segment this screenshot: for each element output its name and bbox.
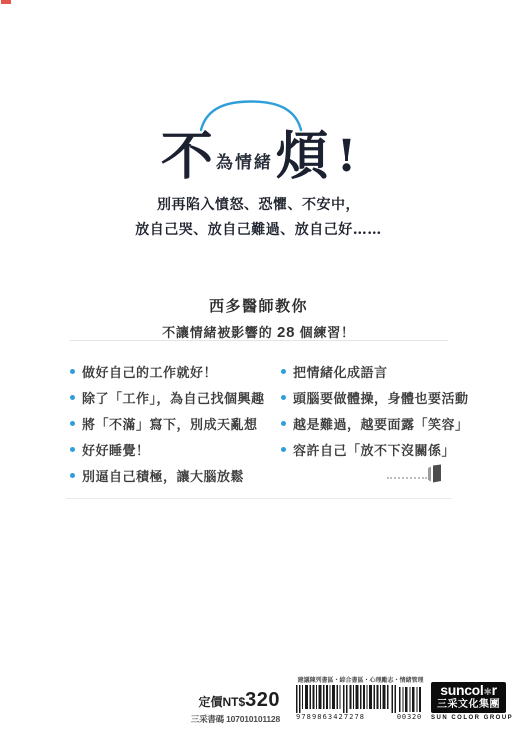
barcode-digits: 9789863427278 00320 <box>296 713 422 721</box>
practice-list-left: 做好自己的工作就好！ 除了「工作」，為自己找個興趣 將「不滿」寫下，別成天亂想 … <box>70 358 265 488</box>
top-divider <box>70 340 448 341</box>
bullet-dot-icon <box>281 369 286 374</box>
list-item-label: 好好睡覺！ <box>82 440 150 459</box>
book-code: 三采書碼 107010101128 <box>150 713 280 725</box>
title-middle-phrase: 為情緒 <box>216 148 273 173</box>
ean13-barcode-icon <box>296 685 396 713</box>
subtitle-line-2: 放自己哭、放自己難過、放自己好…… <box>0 218 517 243</box>
bullet-dot-icon <box>70 395 75 400</box>
list-item-label: 做好自己的工作就好！ <box>82 362 217 381</box>
barcode-block: 建議陳列書區・綜合書區・心理勵志・情緒管理 <box>296 675 425 721</box>
page-flip-icon <box>428 464 442 483</box>
list-item: 除了「工作」，為自己找個興趣 <box>70 384 265 410</box>
shelf-category-text: 建議陳列書區・綜合書區・心理勵志・情緒管理 <box>296 675 425 684</box>
section-heading: 西多醫師教你 不讓情緒被影響的 28 個練習！ <box>0 295 517 341</box>
bullet-dot-icon <box>281 421 286 426</box>
list-item: 越是難過，越要面露「笑容」 <box>281 410 469 436</box>
bullet-dot-icon <box>281 447 286 452</box>
logo-text-a: suncol <box>440 682 483 698</box>
publisher-name-en: SUN COLOR GROUP <box>431 715 506 721</box>
title-exclamation: ! <box>337 135 356 179</box>
section-title: 西多醫師教你 <box>0 295 517 316</box>
suncolor-wordmark: suncol✱r <box>440 684 497 699</box>
list-item-label: 越是難過，越要面露「笑容」 <box>293 414 469 433</box>
red-category-sticker <box>1 0 11 4</box>
list-item: 頭腦要做體操，身體也要活動 <box>281 384 469 410</box>
list-item-label: 將「不滿」寫下，別成天亂想 <box>82 414 258 433</box>
dotted-leader <box>387 471 427 479</box>
price-value: 320 <box>245 689 280 712</box>
title-char-left: 不 <box>161 131 213 183</box>
list-item: 好好睡覺！ <box>70 436 265 462</box>
practice-count: 28 <box>277 324 295 341</box>
bottom-divider <box>66 498 452 499</box>
list-item: 容許自己「放不下沒關係」 <box>281 436 469 462</box>
list-item: 做好自己的工作就好！ <box>70 358 265 384</box>
price-block: 定價NT$ 320 三采書碼 107010101128 <box>150 689 280 725</box>
list-item-label: 容許自己「放不下沒關係」 <box>293 440 455 459</box>
publisher-logo: suncol✱r 三采文化集團 SUN COLOR GROUP <box>431 682 506 721</box>
book-title: 不 為情緒 煩 ! <box>0 127 517 187</box>
logo-text-b: r <box>492 682 497 698</box>
section-subtitle-before: 不讓情緒被影響的 <box>162 325 277 340</box>
list-item-label: 別逼自己積極，讓大腦放鬆 <box>82 466 244 485</box>
price-line: 定價NT$ 320 <box>150 689 280 712</box>
publisher-name-cn: 三采文化集團 <box>437 699 500 711</box>
practice-list-right: 把情緒化成語言 頭腦要做體操，身體也要活動 越是難過，越要面露「笑容」 容許自己… <box>281 358 469 462</box>
section-subtitle: 不讓情緒被影響的 28 個練習！ <box>0 322 517 341</box>
bullet-dot-icon <box>70 369 75 374</box>
addon-digits: 00320 <box>397 713 422 721</box>
list-item: 把情緒化成語言 <box>281 358 469 384</box>
list-item-label: 除了「工作」，為自己找個興趣 <box>82 388 265 407</box>
bullet-dot-icon <box>70 447 75 452</box>
bullet-dot-icon <box>281 395 286 400</box>
flower-icon: ✱ <box>484 687 492 698</box>
title-char-right: 煩 <box>276 131 328 183</box>
list-item-label: 把情緒化成語言 <box>293 362 388 381</box>
suncolor-logo-box: suncol✱r 三采文化集團 <box>431 682 506 713</box>
section-subtitle-after: 個練習！ <box>295 325 355 340</box>
bullet-dot-icon <box>70 473 75 478</box>
subtitle: 別再陷入憤怒、恐懼、不安中， 放自己哭、放自己難過、放自己好…… <box>0 193 517 243</box>
list-item: 將「不滿」寫下，別成天亂想 <box>70 410 265 436</box>
barcode-bars <box>296 685 425 713</box>
list-item: 別逼自己積極，讓大腦放鬆 <box>70 462 265 488</box>
list-item-label: 頭腦要做體操，身體也要活動 <box>293 388 469 407</box>
price-label: 定價NT$ <box>198 693 245 710</box>
isbn-digits: 9789863427278 <box>296 713 365 721</box>
subtitle-line-1: 別再陷入憤怒、恐懼、不安中， <box>0 193 517 218</box>
bullet-dot-icon <box>70 421 75 426</box>
addon-barcode-icon <box>399 687 422 712</box>
